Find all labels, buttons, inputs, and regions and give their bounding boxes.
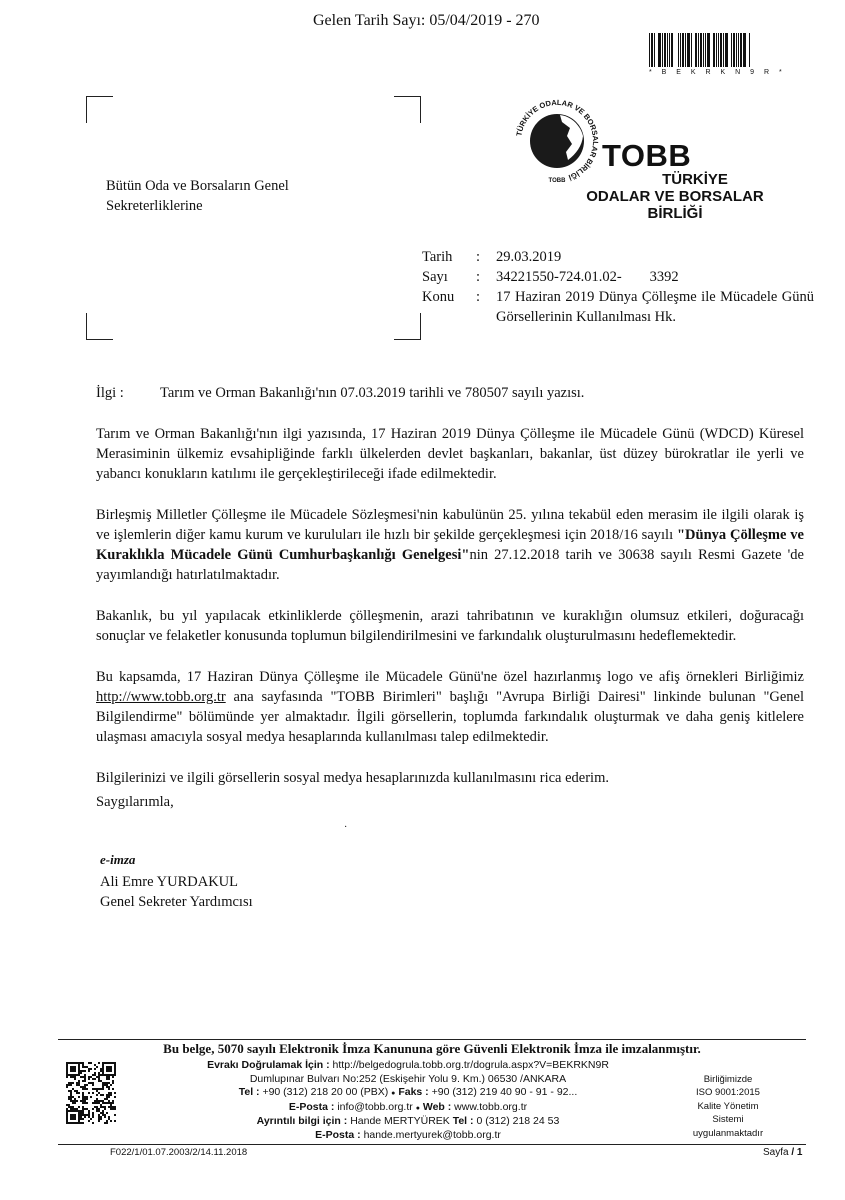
- paragraph-4-text-a: Bu kapsamda, 17 Haziran Dünya Çölleşme i…: [96, 669, 804, 685]
- organization-name: TÜRKİYE ODALAR VE BORSALAR BİRLİĞİ: [540, 171, 810, 222]
- contact-tel-value: 0 (312) 218 24 53: [476, 1115, 559, 1127]
- footer-divider-top: [58, 1039, 806, 1040]
- barcode-text: * B E K R K N 9 R *: [649, 69, 761, 76]
- address-frame-corner-bottom-right: [394, 313, 421, 340]
- address-line: Dumlupınar Bulvarı No:252 (Eskişehir Yol…: [178, 1073, 638, 1087]
- reference-label: İlgi :: [96, 383, 160, 403]
- incoming-date-stamp: Gelen Tarih Sayı: 05/04/2019 - 270: [313, 12, 540, 30]
- email-label: E-Posta :: [289, 1101, 335, 1113]
- paragraph-5: Bilgilerinizi ve ilgili görsellerin sosy…: [96, 768, 804, 788]
- salutation: Saygılarımla,: [96, 794, 174, 811]
- subject-separator: :: [476, 287, 496, 327]
- subject-label: Konu: [422, 287, 476, 327]
- email-value[interactable]: info@tobb.org.tr: [337, 1101, 412, 1113]
- number-suffix: 3392: [650, 269, 679, 285]
- form-code: F022/1/01.07.2003/2/14.11.2018: [110, 1147, 247, 1158]
- iso-line-1: Birliğimizde: [676, 1073, 780, 1086]
- iso-line-5: uygulanmaktadır: [676, 1127, 780, 1140]
- document-barcode: * B E K R K N 9 R *: [649, 33, 761, 79]
- number-label: Sayı: [422, 267, 476, 287]
- reference-line: İlgi : Tarım ve Orman Bakanlığı'nın 07.0…: [96, 383, 804, 403]
- iso-certification-note: Birliğimizde ISO 9001:2015 Kalite Yöneti…: [676, 1073, 780, 1140]
- web-value[interactable]: www.tobb.org.tr: [454, 1101, 527, 1113]
- fax-value: +90 (312) 219 40 90 - 91 - 92...: [432, 1086, 578, 1098]
- verify-line: Evrakı Doğrulamak İçin : http://belgedog…: [178, 1059, 638, 1073]
- paragraph-2: Birleşmiş Milletler Çölleşme ile Mücadel…: [96, 505, 804, 585]
- contact-email-line: E-Posta : hande.mertyurek@tobb.org.tr: [178, 1129, 638, 1143]
- email-web-line: E-Posta : info@tobb.org.tr ● Web : www.t…: [178, 1101, 638, 1116]
- date-separator: :: [476, 247, 496, 267]
- scan-speck: ·: [344, 822, 347, 833]
- recipient-block: Bütün Oda ve Borsaların Genel Sekreterli…: [106, 176, 289, 216]
- tobb-wordmark: TOBB: [602, 140, 691, 172]
- contact-tel-label: Tel :: [453, 1115, 474, 1127]
- page-number: Sayfa / 1: [763, 1147, 802, 1158]
- letter-body: İlgi : Tarım ve Orman Bakanlığı'nın 07.0…: [96, 383, 804, 809]
- web-label: Web :: [423, 1101, 451, 1113]
- recipient-line-2: Sekreterliklerine: [106, 196, 289, 216]
- signer-title: Genel Sekreter Yardımcısı: [100, 892, 253, 912]
- address-frame-corner-top-left: [86, 96, 113, 123]
- signer-name: Ali Emre YURDAKUL: [100, 872, 253, 892]
- phone-line: Tel : +90 (312) 218 20 00 (PBX) ● Faks :…: [178, 1086, 638, 1101]
- tel-label: Tel :: [239, 1086, 260, 1098]
- org-name-line-3: BİRLİĞİ: [540, 205, 810, 222]
- org-name-line-2: ODALAR VE BORSALAR: [540, 188, 810, 205]
- signer-block: Ali Emre YURDAKUL Genel Sekreter Yardımc…: [100, 872, 253, 912]
- fax-label: Faks :: [398, 1086, 428, 1098]
- verify-url[interactable]: http://belgedogrula.tobb.org.tr/dogrula.…: [333, 1059, 609, 1071]
- page-label: Sayfa: [763, 1147, 789, 1158]
- reference-text: Tarım ve Orman Bakanlığı'nın 07.03.2019 …: [160, 383, 584, 403]
- meta-number-row: Sayı : 34221550-724.01.02-3392: [422, 267, 814, 287]
- contact-label: Ayrıntılı bilgi için :: [257, 1115, 348, 1127]
- paragraph-4: Bu kapsamda, 17 Haziran Dünya Çölleşme i…: [96, 667, 804, 747]
- paragraph-1: Tarım ve Orman Bakanlığı'nın ilgi yazısı…: [96, 424, 804, 484]
- e-signature-mark: e-imza: [100, 852, 135, 868]
- bullet-icon: ●: [391, 1090, 395, 1097]
- contact-info: Evrakı Doğrulamak İçin : http://belgedog…: [178, 1059, 638, 1143]
- bullet-icon: ●: [416, 1105, 420, 1112]
- number-value-wrap: 34221550-724.01.02-3392: [496, 267, 814, 287]
- footer-divider-bottom: [58, 1144, 806, 1145]
- verify-label: Evrakı Doğrulamak İçin :: [207, 1059, 330, 1071]
- iso-line-2: ISO 9001:2015: [676, 1086, 780, 1099]
- contact-person-line: Ayrıntılı bilgi için : Hande MERTYÜREK T…: [178, 1115, 638, 1129]
- meta-date-row: Tarih : 29.03.2019: [422, 247, 814, 267]
- iso-line-3: Kalite Yönetim: [676, 1100, 780, 1113]
- recipient-line-1: Bütün Oda ve Borsaların Genel: [106, 176, 289, 196]
- contact-email-value[interactable]: hande.mertyurek@tobb.org.tr: [364, 1129, 501, 1141]
- org-name-line-1: TÜRKİYE: [540, 171, 810, 188]
- date-label: Tarih: [422, 247, 476, 267]
- number-value: 34221550-724.01.02-: [496, 269, 622, 285]
- contact-email-label: E-Posta :: [315, 1129, 361, 1141]
- barcode-icon: [649, 33, 759, 67]
- document-meta: Tarih : 29.03.2019 Sayı : 34221550-724.0…: [422, 247, 814, 327]
- address-frame-corner-bottom-left: [86, 313, 113, 340]
- page-total: / 1: [791, 1147, 802, 1158]
- e-signature-notice: Bu belge, 5070 sayılı Elektronik İmza Ka…: [58, 1041, 806, 1057]
- subject-value: 17 Haziran 2019 Dünya Çölleşme ile Mücad…: [496, 287, 814, 327]
- number-separator: :: [476, 267, 496, 287]
- address-frame-corner-top-right: [394, 96, 421, 123]
- qr-code-icon[interactable]: [66, 1062, 116, 1124]
- tobb-website-link[interactable]: http://www.tobb.org.tr: [96, 689, 226, 705]
- meta-subject-row: Konu : 17 Haziran 2019 Dünya Çölleşme il…: [422, 287, 814, 327]
- paragraph-3: Bakanlık, bu yıl yapılacak etkinliklerde…: [96, 606, 804, 646]
- iso-line-4: Sistemi: [676, 1113, 780, 1126]
- contact-name: Hande MERTYÜREK: [350, 1115, 450, 1127]
- tel-value: +90 (312) 218 20 00 (PBX): [262, 1086, 388, 1098]
- date-value: 29.03.2019: [496, 247, 814, 267]
